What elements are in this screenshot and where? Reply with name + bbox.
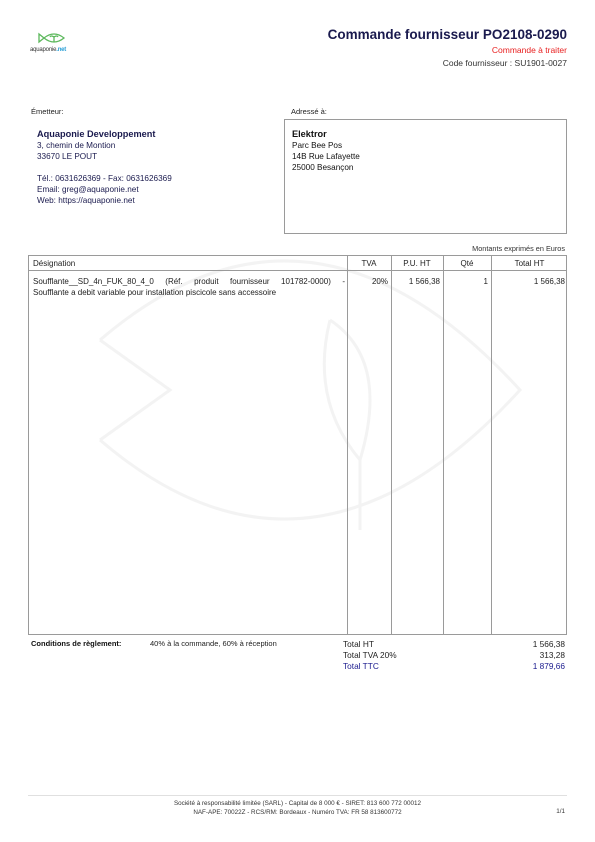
status-badge: Commande à traiter: [492, 45, 567, 55]
recipient-label: Adressé à:: [291, 107, 327, 116]
header-designation: Désignation: [33, 259, 75, 268]
table-row-tva: 20%: [347, 277, 388, 286]
page-title: Commande fournisseur PO2108-0290: [328, 27, 567, 42]
page-number: 1/1: [556, 808, 565, 815]
fish-sprout-icon: [30, 30, 80, 46]
recipient-name: Elektror: [292, 129, 360, 140]
sender-address-line1: 3, chemin de Montion: [37, 140, 172, 151]
column-divider: [443, 256, 444, 634]
payment-conditions-label: Conditions de règlement:: [31, 639, 121, 648]
sender-email[interactable]: Email: greg@aquaponie.net: [37, 184, 172, 195]
total-ttc-label: Total TTC: [343, 661, 379, 672]
sender-address-line2: 33670 LE POUT: [37, 151, 172, 162]
order-lines-table: Désignation TVA P.U. HT Qté Total HT Sou…: [28, 255, 567, 635]
supplier-code: Code fournisseur : SU1901-0027: [443, 58, 567, 68]
recipient-box: Elektror Parc Bee Pos 14B Rue Lafayette …: [284, 119, 567, 234]
total-ttc-row: Total TTC 1 879,66: [343, 661, 565, 672]
total-tva-label: Total TVA 20%: [343, 650, 397, 661]
table-row-pu-ht: 1 566,38: [391, 277, 440, 286]
total-tva-value: 313,28: [540, 650, 565, 661]
total-tva-row: Total TVA 20% 313,28: [343, 650, 565, 661]
column-divider: [491, 256, 492, 634]
recipient-address-line2: 14B Rue Lafayette: [292, 151, 360, 162]
sender-name: Aquaponie Developpement: [37, 129, 172, 140]
total-ht-value: 1 566,38: [533, 639, 565, 650]
total-ttc-value: 1 879,66: [533, 661, 565, 672]
header-tva: TVA: [347, 259, 391, 268]
header-pu-ht: P.U. HT: [391, 259, 443, 268]
sender-web[interactable]: Web: https://aquaponie.net: [37, 195, 172, 206]
total-ht-row: Total HT 1 566,38: [343, 639, 565, 650]
sender-block: Aquaponie Developpement 3, chemin de Mon…: [37, 129, 172, 206]
table-row-qty: 1: [443, 277, 488, 286]
header-total-ht: Total HT: [491, 259, 568, 268]
company-logo: aquaponie.net: [30, 30, 80, 58]
sender-label: Émetteur:: [31, 107, 64, 116]
totals-block: Total HT 1 566,38 Total TVA 20% 313,28 T…: [343, 639, 565, 672]
table-row-total-ht: 1 566,38: [491, 277, 565, 286]
currency-note: Montants exprimés en Euros: [472, 244, 565, 253]
column-divider: [347, 256, 348, 634]
logo-text: aquaponie.net: [30, 47, 66, 53]
total-ht-label: Total HT: [343, 639, 374, 650]
payment-conditions-value: 40% à la commande, 60% à réception: [150, 639, 277, 648]
recipient-address-line1: Parc Bee Pos: [292, 140, 360, 151]
footer-legal-line2: NAF-APE: 70022Z - RCS/RM: Bordeaux - Num…: [0, 808, 595, 818]
sender-phone-fax: Tél.: 0631626369 - Fax: 0631626369: [37, 173, 172, 184]
header-qty: Qté: [443, 259, 491, 268]
recipient-address-line3: 25000 Besançon: [292, 162, 360, 173]
column-divider: [391, 256, 392, 634]
footer-divider: [28, 795, 567, 796]
header-divider: [29, 270, 566, 271]
table-row-designation: Soufflante__SD_4n_FUK_80_4_0 (Réf. produ…: [33, 277, 345, 298]
